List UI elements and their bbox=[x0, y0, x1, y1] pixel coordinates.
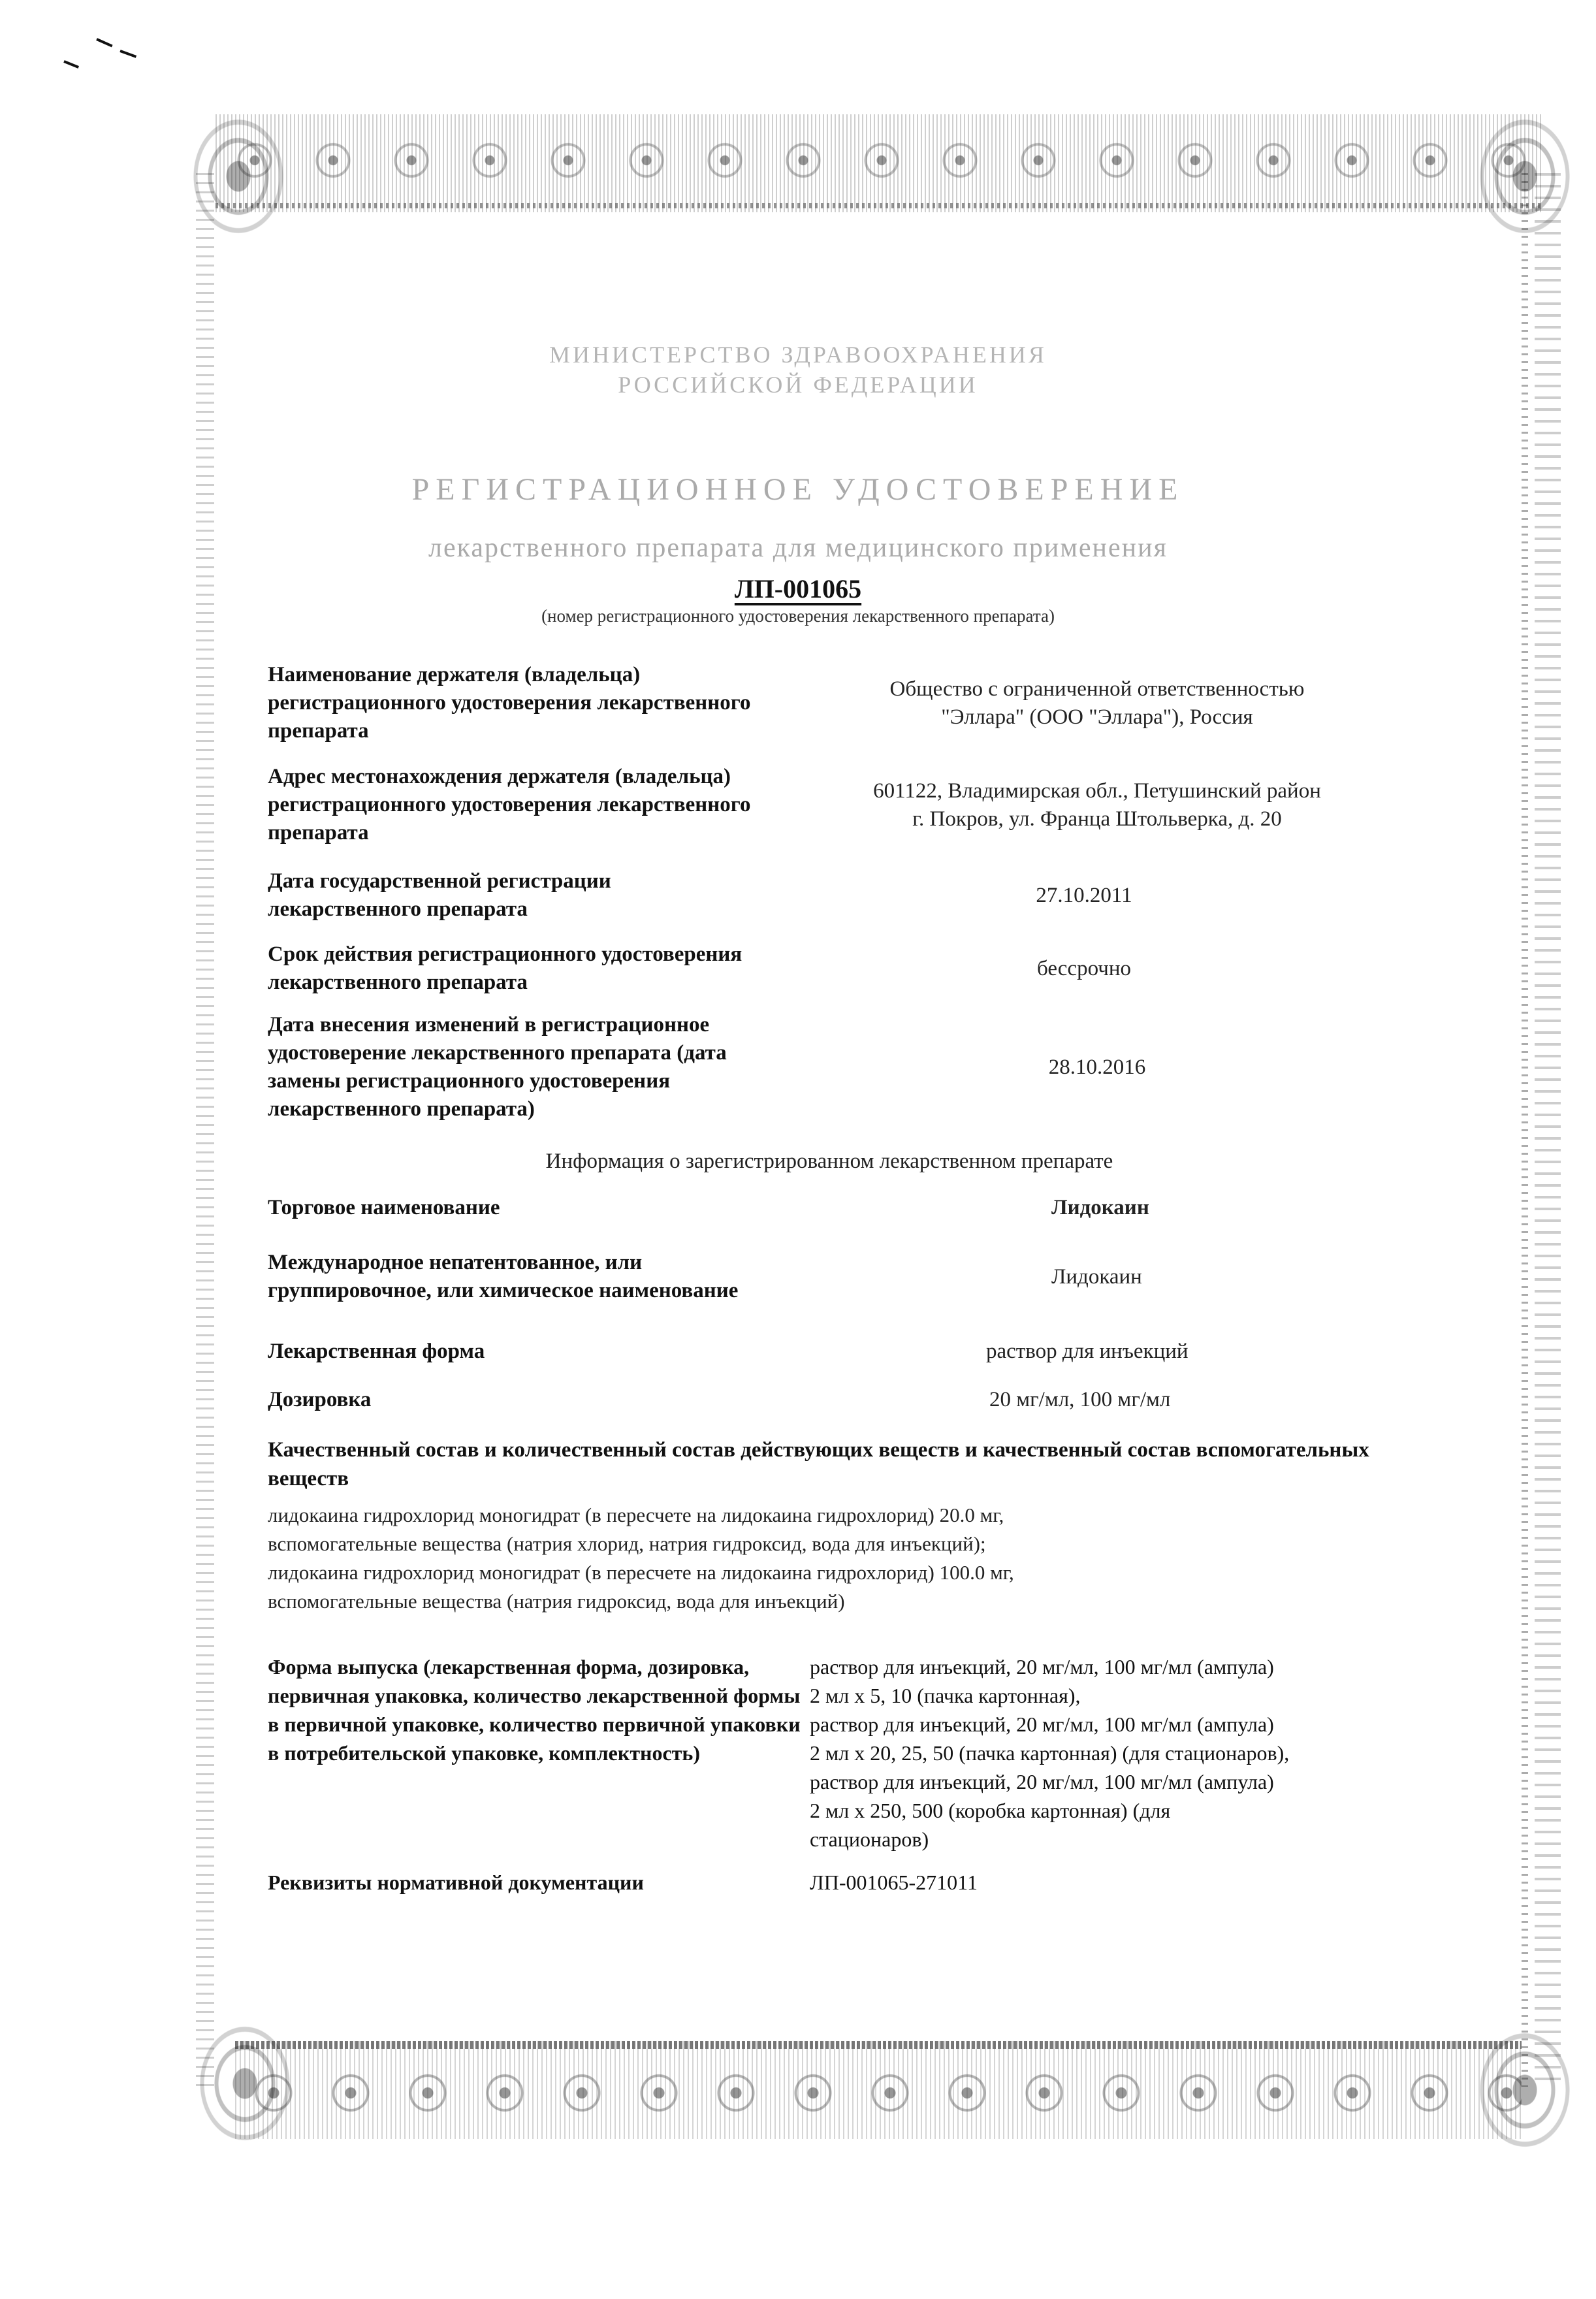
border-left-ornament bbox=[196, 173, 214, 2087]
holder-name-line-2: "Эллара" (ООО "Эллара"), Россия bbox=[803, 703, 1391, 731]
inn-value: Лидокаин bbox=[764, 1263, 1391, 1291]
registration-number-text: ЛП-001065 bbox=[735, 574, 861, 603]
release-form-label: Форма выпуска (лекарственная форма, дози… bbox=[268, 1652, 810, 1854]
scan-mark bbox=[63, 60, 79, 69]
release-form-line: раствор для инъекций, 20 мг/мл, 100 мг/м… bbox=[810, 1652, 1391, 1681]
composition-line: вспомогательные вещества (натрия гидрокс… bbox=[268, 1587, 1391, 1616]
border-right-ornament bbox=[1522, 173, 1561, 2087]
release-form-line: раствор для инъекций, 20 мг/мл, 100 мг/м… bbox=[810, 1710, 1391, 1739]
trade-name-label: Торговое наименование bbox=[268, 1194, 855, 1222]
normative-docs-row: Реквизиты нормативной документации ЛП-00… bbox=[268, 1868, 1391, 1897]
holder-name-value: Общество с ограниченной ответственностью… bbox=[803, 675, 1391, 731]
release-form-value: раствор для инъекций, 20 мг/мл, 100 мг/м… bbox=[810, 1652, 1391, 1854]
release-form-line: стационаров) bbox=[810, 1825, 1391, 1854]
registration-date-label: Дата государственной регистрации лекарст… bbox=[268, 867, 725, 924]
dosage-value: 20 мг/мл, 100 мг/мл bbox=[855, 1386, 1391, 1414]
validity-row: Срок действия регистрационного удостовер… bbox=[268, 940, 1391, 997]
trade-name-value: Лидокаин bbox=[855, 1194, 1391, 1222]
composition-line: лидокаина гидрохлорид моногидрат (в пере… bbox=[268, 1558, 1391, 1587]
address-line-1: 601122, Владимирская обл., Петушинский р… bbox=[803, 777, 1391, 805]
certificate-subtitle: лекарственного препарата для медицинског… bbox=[0, 532, 1596, 564]
info-heading: Информация о зарегистрированном лекарств… bbox=[268, 1148, 1391, 1176]
normative-docs-label: Реквизиты нормативной документации bbox=[268, 1868, 810, 1897]
release-form-line: 2 мл x 250, 500 (коробка картонная) (для bbox=[810, 1796, 1391, 1825]
change-date-label: Дата внесения изменений в регистрационно… bbox=[268, 1011, 803, 1123]
registration-date-value: 27.10.2011 bbox=[725, 882, 1391, 910]
ministry-line-1: МИНИСТЕРСТВО ЗДРАВООХРАНЕНИЯ bbox=[0, 340, 1596, 370]
registration-date-row: Дата государственной регистрации лекарст… bbox=[268, 867, 1391, 924]
change-date-value: 28.10.2016 bbox=[803, 1053, 1391, 1082]
composition-line: лидокаина гидрохлорид моногидрат (в пере… bbox=[268, 1501, 1391, 1530]
corner-rosette-icon bbox=[1476, 2028, 1574, 2152]
composition-line: вспомогательные вещества (натрия хлорид,… bbox=[268, 1530, 1391, 1558]
holder-name-row: Наименование держателя (владельца) регис… bbox=[268, 661, 1391, 745]
holder-address-value: 601122, Владимирская обл., Петушинский р… bbox=[803, 777, 1391, 833]
holder-address-label: Адрес местонахождения держателя (владель… bbox=[268, 763, 803, 847]
release-form-row: Форма выпуска (лекарственная форма, дози… bbox=[268, 1652, 1391, 1854]
release-form-line: раствор для инъекций, 20 мг/мл, 100 мг/м… bbox=[810, 1767, 1391, 1796]
registration-number-caption: (номер регистрационного удостоверения ле… bbox=[0, 606, 1596, 626]
release-form-line: 2 мл x 5, 10 (пачка картонная), bbox=[810, 1681, 1391, 1710]
scan-mark bbox=[120, 50, 136, 58]
composition-list: лидокаина гидрохлорид моногидрат (в пере… bbox=[268, 1501, 1391, 1616]
certificate-title: РЕГИСТРАЦИОННОЕ УДОСТОВЕРЕНИЕ bbox=[0, 472, 1596, 507]
dosage-form-label: Лекарственная форма bbox=[268, 1338, 855, 1366]
trade-name-row: Торговое наименование Лидокаин bbox=[268, 1194, 1391, 1222]
release-form-line: 2 мл x 20, 25, 50 (пачка картонная) (для… bbox=[810, 1739, 1391, 1767]
composition-title: Качественный состав и количественный сос… bbox=[268, 1436, 1391, 1493]
border-bottom-ornament bbox=[235, 2041, 1522, 2139]
validity-value: бессрочно bbox=[764, 955, 1391, 983]
corner-rosette-icon bbox=[196, 2021, 294, 2146]
holder-name-label: Наименование держателя (владельца) регис… bbox=[268, 661, 803, 745]
holder-name-line-1: Общество с ограниченной ответственностью bbox=[803, 675, 1391, 703]
inn-label: Международное непатентованное, или групп… bbox=[268, 1249, 764, 1305]
scan-mark bbox=[96, 38, 112, 47]
registration-number: ЛП-001065 bbox=[0, 573, 1596, 604]
corner-rosette-icon bbox=[189, 114, 287, 238]
change-date-row: Дата внесения изменений в регистрационно… bbox=[268, 1011, 1391, 1123]
dosage-label: Дозировка bbox=[268, 1386, 855, 1414]
dosage-row: Дозировка 20 мг/мл, 100 мг/мл bbox=[268, 1386, 1391, 1414]
validity-label: Срок действия регистрационного удостовер… bbox=[268, 940, 764, 997]
holder-address-row: Адрес местонахождения держателя (владель… bbox=[268, 763, 1391, 847]
inn-row: Международное непатентованное, или групп… bbox=[268, 1249, 1391, 1305]
dosage-form-row: Лекарственная форма раствор для инъекций bbox=[268, 1338, 1391, 1366]
ministry-name: МИНИСТЕРСТВО ЗДРАВООХРАНЕНИЯ РОССИЙСКОЙ … bbox=[0, 340, 1596, 400]
ministry-line-2: РОССИЙСКОЙ ФЕДЕРАЦИИ bbox=[0, 370, 1596, 400]
dosage-form-value: раствор для инъекций bbox=[855, 1338, 1391, 1366]
address-line-2: г. Покров, ул. Франца Штольверка, д. 20 bbox=[803, 805, 1391, 833]
normative-docs-value: ЛП-001065-271011 bbox=[810, 1868, 978, 1897]
decorative-border bbox=[196, 114, 1561, 2165]
corner-rosette-icon bbox=[1476, 114, 1574, 238]
border-top-ornament bbox=[215, 114, 1541, 212]
